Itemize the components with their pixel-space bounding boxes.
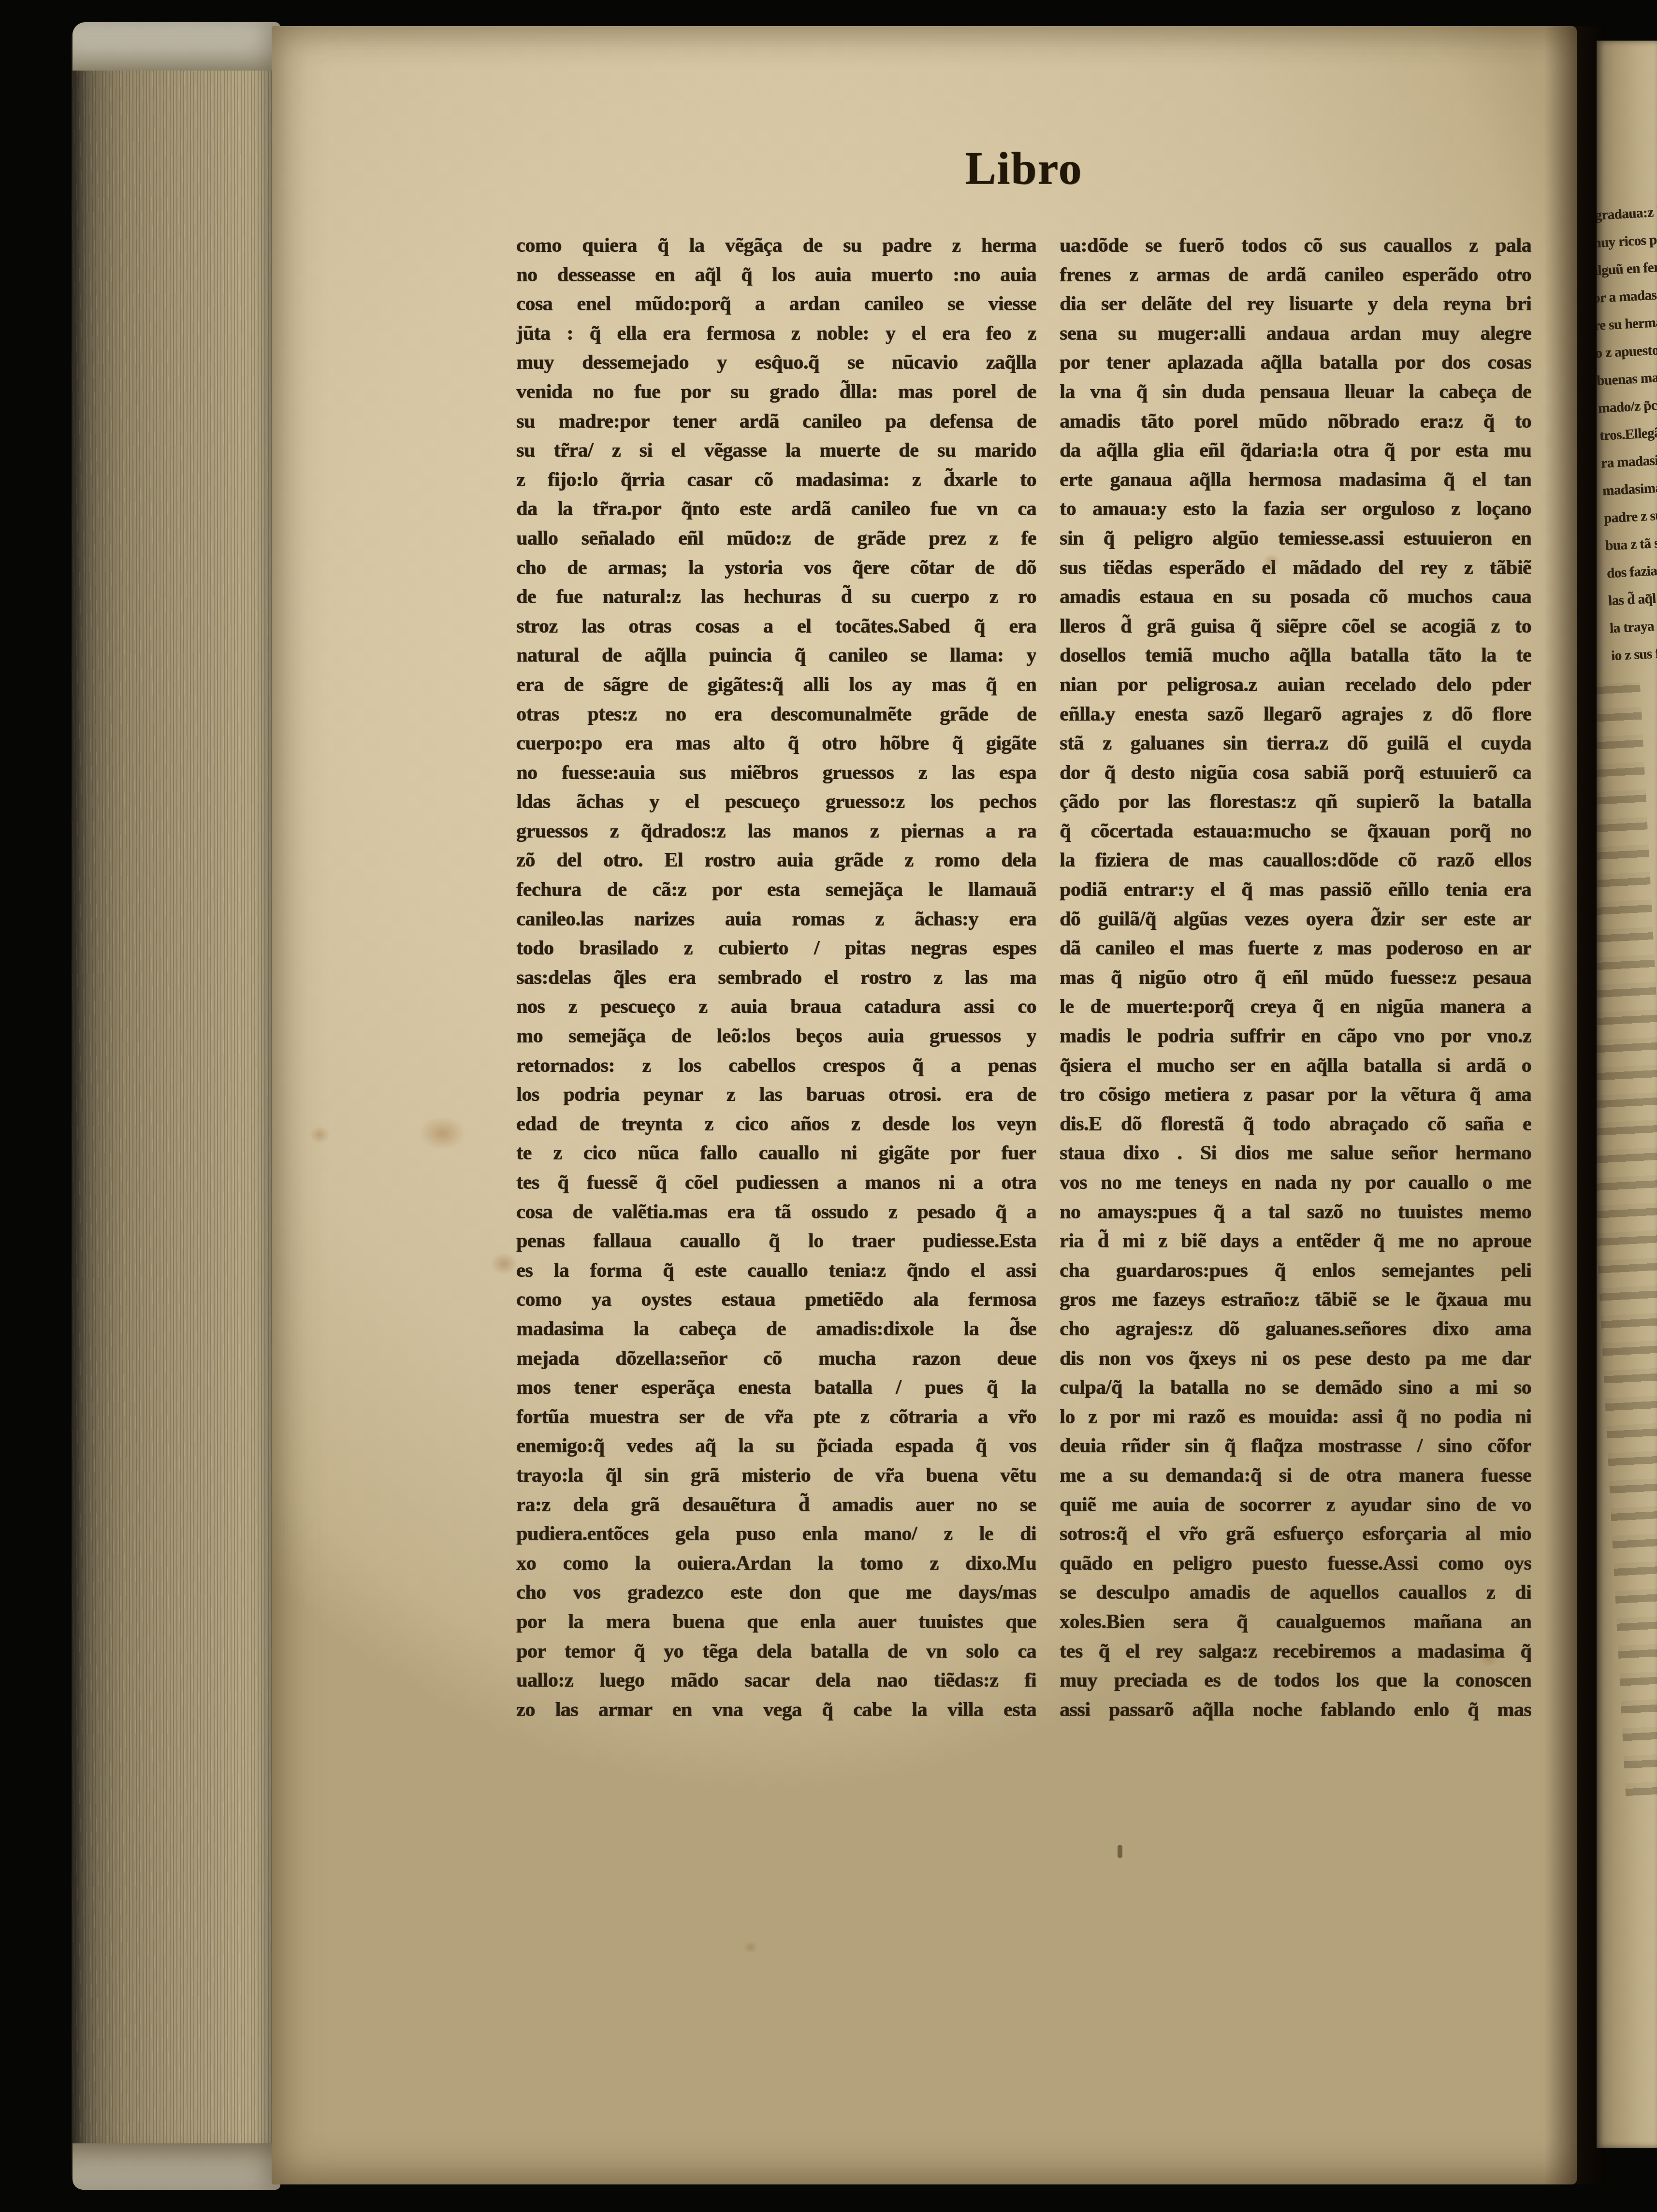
text-line: xo como la ouiera.Ardan la tomo z dixo.M… <box>516 1549 1036 1578</box>
text-line: fechura de cã:z por esta semejãça le lla… <box>516 875 1036 905</box>
text-line: amadis tãto porel mũdo nõbrado era:z q̃ … <box>1060 407 1531 436</box>
text-line: eñlla.y enesta sazõ llegarõ agrajes z dõ… <box>1060 700 1531 729</box>
text-line: tes q̃ fuessẽ q̃ cõel pudiessen a manos … <box>516 1168 1036 1198</box>
text-line: deuia rñder sin q̃ flaq̃za mostrasse / s… <box>1060 1431 1531 1461</box>
fragment-line: mado/z p̃ciado <box>1598 391 1657 422</box>
text-line: natural de aq̃lla puincia q̃ canileo se … <box>516 641 1036 670</box>
text-line: no fuesse:auia sus miẽbros gruessos z la… <box>516 758 1036 788</box>
text-line: sin q̃ peligro algũo temiesse.assi estuu… <box>1060 524 1531 553</box>
text-line: cho vos gradezco este don que me days/ma… <box>516 1578 1036 1607</box>
fragment-line: o z apuesto ca <box>1597 336 1657 367</box>
fragment-line: alguũ en fermo <box>1597 254 1657 285</box>
fragment-line: muy ricos pañ <box>1597 226 1657 258</box>
text-line: como quiera q̃ la vẽgãça de su padre z h… <box>516 231 1036 260</box>
text-line: çãdo por las florestas:z qñ supierõ la b… <box>1060 787 1531 817</box>
text-line: cho agrajes:z dõ galuanes.señores dixo a… <box>1060 1315 1531 1344</box>
text-line: q̃ cõcertada estaua:mucho se q̃xauan por… <box>1060 817 1531 846</box>
text-line: retornados: z los cabellos crespos q̃ a … <box>516 1051 1036 1081</box>
text-line: mo semejãça de leõ:los beços auia gruess… <box>516 1022 1036 1051</box>
text-line: sus tiẽdas esperãdo el mãdado del rey z … <box>1060 553 1531 583</box>
text-line: culpa/q̃ la batalla no se demãdo sino a … <box>1060 1373 1531 1402</box>
right-column: ua:dõde se fuerõ todos cõ sus cauallos z… <box>1060 231 1531 1724</box>
text-line: pudiera.entõces gela puso enla mano/ z l… <box>516 1519 1036 1549</box>
text-line: podiã entrar:y el q̃ mas passiõ eñllo te… <box>1060 875 1531 905</box>
text-line: lo z por mi razõ es mouida: assi q̃ no p… <box>1060 1402 1531 1432</box>
fragment-line: br a madasima <box>1597 281 1657 313</box>
book-photo: Libro como quiera q̃ la vẽgãça de su pad… <box>0 0 1657 2212</box>
text-line: staua dixo . Si dios me salue señor herm… <box>1060 1139 1531 1168</box>
text-line: jũta : q̃ ella era fermosa z noble: y el… <box>516 319 1036 348</box>
text-line: to amaua:y esto la fazia ser orguloso z … <box>1060 494 1531 524</box>
text-line: ria d̃ mi z biẽ days a entẽder q̃ me no … <box>1060 1227 1531 1256</box>
text-line: los podria peynar z las baruas otrosi. e… <box>516 1080 1036 1110</box>
text-line: zo las armar en vna vega q̃ cabe la vill… <box>516 1695 1036 1725</box>
fragment-line: madasima vesti <box>1602 474 1657 505</box>
text-line: como ya oystes estaua pmetiẽdo ala fermo… <box>516 1285 1036 1315</box>
fragment-line: tros.Ellegãd <box>1599 419 1657 450</box>
text-line: quãdo en peligro puesto fuesse.Assi como… <box>1060 1549 1531 1578</box>
text-line: nian por peligrosa.z auian recelado delo… <box>1060 670 1531 700</box>
text-line: uallo:z luego mãdo sacar dela nao tiẽdas… <box>516 1666 1036 1695</box>
text-line: muy dessemejado y esq̂uo.q̃ se nũcavio z… <box>516 348 1036 377</box>
text-line: zõ del otro. El rostro auia grãde z romo… <box>516 846 1036 875</box>
fragment-line: re su herman <box>1597 308 1657 340</box>
text-line: frenes z armas de ardã canileo esperãdo … <box>1060 260 1531 290</box>
text-line: venida no fue por su grado d̃lla: mas po… <box>516 377 1036 407</box>
text-line: otras ptes:z no era descomunalmẽte grãde… <box>516 700 1036 729</box>
text-line: dis non vos q̃xeys ni os pese desto pa m… <box>1060 1344 1531 1373</box>
text-line: cosa enel mũdo:porq̃ a ardan canileo se … <box>516 289 1036 319</box>
fragment-line: dos fazia marau <box>1606 556 1657 588</box>
next-page-illegible-text <box>1597 682 1657 1796</box>
text-line: era de sãgre de gigãtes:q̃ alli los ay m… <box>516 670 1036 700</box>
fragment-line: ra madasim <box>1600 446 1657 477</box>
fragment-line: la traya por la <box>1609 611 1657 643</box>
text-line: de fue natural:z las hechuras d̃ su cuer… <box>516 582 1036 612</box>
fragment-line: agradaua:z le <box>1597 199 1657 230</box>
text-line: ua:dõde se fuerõ todos cõ sus cauallos z… <box>1060 231 1531 260</box>
text-line: lleros d̃ grã guisa q̃ siẽpre cõel se ac… <box>1060 612 1531 641</box>
text-line: su tr̃ra/ z si el vẽgasse la muerte de s… <box>516 436 1036 465</box>
text-line: madasima la cabeça de amadis:dixole la d… <box>516 1315 1036 1344</box>
text-line: no amays:pues q̃ a tal sazõ no tuuistes … <box>1060 1198 1531 1227</box>
text-line: la vna q̃ sin duda pensaua lleuar la cab… <box>1060 377 1531 407</box>
text-line: dõ guilã/q̃ algũas vezes oyera d̃zir ser… <box>1060 905 1531 934</box>
text-line: sena su muger:alli andaua ardan muy aleg… <box>1060 319 1531 348</box>
text-line: todo brasilado z cubierto / pitas negras… <box>516 934 1036 963</box>
text-line: no desseasse en aq̃l q̃ los auia muerto … <box>516 260 1036 290</box>
fragment-line: las d̃ aq̃l mism <box>1608 584 1657 615</box>
text-line: trayo:la q̃l sin grã misterio de vr̃a bu… <box>516 1461 1036 1490</box>
fragment-line: padre z su herm <box>1603 501 1657 533</box>
text-line: cha guardaros:pues q̃ enlos semejantes p… <box>1060 1256 1531 1286</box>
text-line: es la forma q̃ este cauallo tenia:z q̃nd… <box>516 1256 1036 1286</box>
next-page-edge: agradaua:z lemuy ricos pañalguũ en fermo… <box>1597 41 1657 2148</box>
text-line: da la tr̃ra.por q̃nto este ardã canileo … <box>516 494 1036 524</box>
text-line: da aq̃lla glia eñl q̃daria:la otra q̃ po… <box>1060 436 1531 465</box>
text-line: stroz las otras cosas a el tocãtes.Sabed… <box>516 612 1036 641</box>
text-line: dis.E dõ florestã q̃ todo abraçado cõ sa… <box>1060 1110 1531 1139</box>
text-line: dia ser delãte del rey lisuarte y dela r… <box>1060 289 1531 319</box>
text-line: su madre:por tener ardã canileo pa defen… <box>516 407 1036 436</box>
vellum-cover-bottom <box>73 2143 280 2190</box>
text-line: fortũa muestra ser de vr̃a pte z cõtrari… <box>516 1402 1036 1432</box>
fragment-line: io z sus fijos.z <box>1610 638 1657 670</box>
text-line: sotros:q̃ el vr̃o grã esfuerço esforçari… <box>1060 1519 1531 1549</box>
text-line: amadis estaua en su posada cõ muchos cau… <box>1060 582 1531 612</box>
text-line: gros me fazeys estraño:z tãbiẽ se le q̃x… <box>1060 1285 1531 1315</box>
text-line: erte ganaua aq̃lla hermosa madasima q̃ e… <box>1060 465 1531 495</box>
text-line: cuerpo:po era mas alto q̃ otro hõbre q̃ … <box>516 729 1036 758</box>
text-line: enemigo:q̃ vedes aq̃ la su p̃ciada espad… <box>516 1431 1036 1461</box>
text-line: mas q̃ nigũo otro q̃ eñl mũdo fuesse:z p… <box>1060 963 1531 993</box>
text-line: uallo señalado eñl mũdo:z de grãde prez … <box>516 524 1036 553</box>
page-gutter-shadow <box>1544 26 1605 2184</box>
next-page-text-fragments: agradaua:z lemuy ricos pañalguũ en fermo… <box>1597 199 1657 670</box>
left-column: como quiera q̃ la vẽgãça de su padre z h… <box>516 231 1036 1724</box>
text-line: madis le podria suffrir en cãpo vno por … <box>1060 1022 1531 1051</box>
text-line: nos z pescueço z auia braua catadura ass… <box>516 992 1036 1022</box>
text-line: mejada dõzella:señor cõ mucha razon deue <box>516 1344 1036 1373</box>
text-line: por la mera buena que enla auer tuuistes… <box>516 1607 1036 1637</box>
text-line: tro cõsigo metiera z pasar por la vẽtura… <box>1060 1080 1531 1110</box>
text-line: q̃siera el mucho ser en aq̃lla batalla s… <box>1060 1051 1531 1081</box>
text-line: xoles.Bien sera q̃ caualguemos mañana an <box>1060 1607 1531 1637</box>
text-line: me a su demanda:q̃ si de otra manera fue… <box>1060 1461 1531 1490</box>
text-line: assi passarõ aq̃lla noche fablando enlo … <box>1060 1695 1531 1725</box>
vellum-cover-top <box>73 22 280 71</box>
text-line: dosellos temiã mucho aq̃lla batalla tãto… <box>1060 641 1531 670</box>
text-line: dor q̃ desto nigũa cosa sabiã porq̃ estu… <box>1060 758 1531 788</box>
running-head: Libro <box>516 141 1531 199</box>
text-line: dã canileo el mas fuerte z mas poderoso … <box>1060 934 1531 963</box>
text-line: penas fallaua cauallo q̃ lo traer pudies… <box>516 1227 1036 1256</box>
book-fore-edge <box>72 25 276 2185</box>
text-line: se desculpo amadis de aquellos cauallos … <box>1060 1578 1531 1607</box>
text-line: la fiziera de mas cauallos:dõde cõ razõ … <box>1060 846 1531 875</box>
text-line: z fijo:lo q̃rria casar cõ madasima: z d̃… <box>516 465 1036 495</box>
fragment-line: buenas mane <box>1597 363 1657 395</box>
text-line: te z cico nũca fallo cauallo ni gigãte p… <box>516 1139 1036 1168</box>
text-line: vos no me teneys en nada ny por cauallo … <box>1060 1168 1531 1198</box>
text-line: por temor q̃ yo tẽga dela batalla de vn … <box>516 1637 1036 1666</box>
text-line: gruessos z q̃drados:z las manos z pierna… <box>516 817 1036 846</box>
text-line: muy preciada es de todos los que la cono… <box>1060 1666 1531 1695</box>
text-line: mos tener esperãça enesta batalla / pues… <box>516 1373 1036 1402</box>
fragment-line: bua z tã sobra <box>1605 529 1657 560</box>
text-line: por tener aplazada aq̃lla batalla por do… <box>1060 348 1531 377</box>
text-line: tes q̃ el rey salga:z recebiremos a mada… <box>1060 1637 1531 1666</box>
text-line: sas:delas q̃les era sembrado el rostro z… <box>516 963 1036 993</box>
text-line: le de muerte:porq̃ creya q̃ en nigũa man… <box>1060 992 1531 1022</box>
text-line: canileo.las narizes auia romas z ãchas:y… <box>516 905 1036 934</box>
text-line: ldas ãchas y el pescueço gruesso:z los p… <box>516 787 1036 817</box>
text-line: edad de treynta z cico años z desde los … <box>516 1110 1036 1139</box>
text-line: stã z galuanes sin tierra.z dõ guilã el … <box>1060 729 1531 758</box>
text-line: cosa de valẽtia.mas era tã ossudo z pesa… <box>516 1198 1036 1227</box>
text-line: quiẽ me auia de socorrer z ayudar sino d… <box>1060 1490 1531 1520</box>
text-line: cho de armas; la ystoria vos q̃ere cõtar… <box>516 553 1036 583</box>
text-line: ra:z dela grã desauẽtura d̃ amadis auer … <box>516 1490 1036 1520</box>
